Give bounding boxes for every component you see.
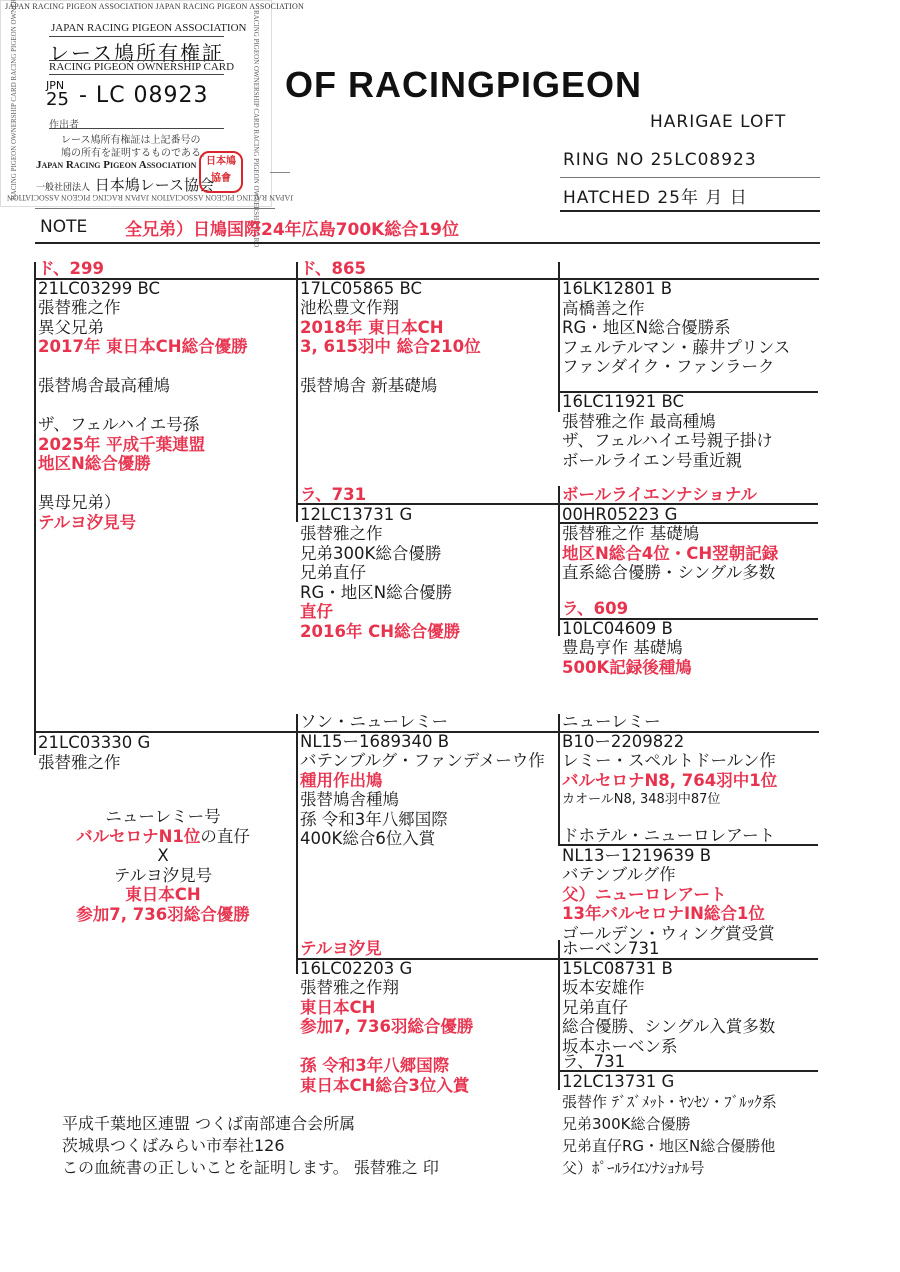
info-line: 総合優勝、シングル入賞多数	[562, 1017, 775, 1037]
footer-line3: この血統書の正しいことを証明します。 張替雅之 印	[62, 1157, 439, 1179]
pedigree-dam-dam: テルヨ汐見 16LC02203 G 張替雅之作翔東日本CH参加7, 736羽総合…	[300, 939, 473, 1095]
info-line: 孫 令和3年八郷国際	[300, 810, 545, 830]
info-line: RG・地区N総合優勝	[300, 583, 460, 603]
nickname: ド、865	[300, 259, 481, 279]
divider	[49, 74, 224, 75]
card-title-en: RACING PIGEON OWNERSHIP CARD	[49, 61, 234, 73]
info-line: 池松豊文作翔	[300, 298, 481, 318]
dam-summary: ニューレミー号 バルセロナN1位の直仔 X テルヨ汐見号 東日本CH 参加7, …	[38, 807, 288, 924]
info-line: 父）ﾎﾟｰﾙﾗｲｴﾝﾅｼｮﾅﾙ号	[562, 1157, 777, 1179]
info-lines: 張替雅之作兄弟300K総合優勝兄弟直仔RG・地区N総合優勝直仔2016年 CH総…	[300, 524, 460, 641]
info-line: テルヨ汐見号	[38, 513, 248, 533]
grid-line	[34, 262, 36, 735]
info-line: 2016年 CH総合優勝	[300, 622, 460, 642]
pedigree-sire-dam: ラ、731 12LC13731 G 張替雅之作兄弟300K総合優勝兄弟直仔RG・…	[300, 485, 460, 641]
info-line: フェルテルマン・藤井プリンス	[562, 338, 790, 358]
info-lines: 豊島亨作 基礎鳩500K記録後種鳩	[562, 638, 692, 677]
ring-id: 16LC11921 BC	[562, 392, 773, 412]
info-line: ザ、フェルハイエ号親子掛け	[562, 431, 773, 451]
card-certify-line2: 鳩の所有を証明するものである。	[61, 144, 211, 159]
hatched-date: HATCHED 25年 月 日	[563, 183, 748, 208]
info-line: 孫 令和3年八郷国際	[300, 1056, 473, 1076]
info-line: 坂本安雄作	[562, 978, 775, 998]
summary-line: テルヨ汐見号	[38, 866, 288, 886]
info-line: ボールライエン号重近親	[562, 451, 773, 471]
ring-id: 16LC02203 G	[300, 959, 473, 979]
ring-id: 17LC05865 BC	[300, 279, 481, 299]
info-lines: 高橋善之作RG・地区N総合優勝系フェルテルマン・藤井プリンスファンダイク・ファン…	[562, 299, 790, 377]
card-border-text-left: RACING PIGEON OWNERSHIP CARD RACING PIGE…	[10, 10, 18, 200]
info-lines: 池松豊文作翔2018年 東日本CH3, 615羽中 総合210位張替鳩舎 新基礎…	[300, 298, 481, 396]
card-org-prefix: 一般社団法人	[36, 183, 90, 193]
info-line: 兄弟直仔	[300, 563, 460, 583]
info-line: カオールN8, 348羽中87位	[562, 790, 777, 810]
info-line: 張替鳩舎種鳩	[300, 790, 545, 810]
info-lines: 張替雅之作 最高種鳩ザ、フェルハイエ号親子掛けボールライエン号重近親	[562, 412, 773, 471]
divider	[35, 208, 275, 209]
card-border-text-right: RACING PIGEON OWNERSHIP CARD RACING PIGE…	[252, 10, 260, 200]
info-line	[300, 1037, 473, 1057]
info-line: 地区N総合優勝	[38, 454, 248, 474]
info-line: 参加7, 736羽総合優勝	[300, 1017, 473, 1037]
info-line: 400K総合6位入賞	[300, 829, 545, 849]
info-line: 種用作出鳩	[300, 771, 545, 791]
pedigree-dam-sire-dam: ドホテル・ニューロレアート NL13ー1219639 B バテンブルグ作父）ニュ…	[562, 826, 775, 943]
pedigree-sire-sire: ド、865 17LC05865 BC 池松豊文作翔2018年 東日本CH3, 6…	[300, 259, 481, 396]
info-lines: バテンブルグ作父）ニューロレアート13年バルセロナIN総合1位ゴールデン・ウィン…	[562, 865, 775, 943]
summary-line: ニューレミー号	[38, 807, 288, 827]
ring-id: 12LC13731 G	[300, 505, 460, 525]
ring-id: NL15ー1689340 B	[300, 732, 545, 752]
summary-line: 参加7, 736羽総合優勝	[38, 905, 288, 925]
note-text: 全兄弟）日鳩国際24年広島700K総合19位	[125, 215, 459, 240]
breeder: 張替雅之作	[38, 753, 150, 773]
info-line: 張替雅之作	[300, 524, 460, 544]
grid-line	[296, 714, 298, 974]
info-line: 張替雅之作	[38, 298, 248, 318]
info-line: 2018年 東日本CH	[300, 318, 481, 338]
ring-id: 15LC08731 B	[562, 959, 775, 979]
divider	[49, 128, 224, 129]
grid-line	[296, 262, 298, 522]
ring-id: NL13ー1219639 B	[562, 846, 775, 866]
info-line: 兄弟300K総合優勝	[562, 1113, 777, 1135]
card-association-en: JAPAN RACING PIGEON ASSOCIATION	[51, 22, 246, 34]
nickname: ド、299	[38, 259, 248, 279]
pedigree-dam-sire: ソン・ニューレミー NL15ー1689340 B バテンブルグ・ファンデメーウ作…	[300, 712, 545, 849]
ring-id: B10ー2209822	[562, 732, 777, 752]
seal-stamp-icon: 日本鳩協會	[199, 151, 243, 193]
seal-text: 協會	[201, 170, 241, 187]
info-line: 父）ニューロレアート	[562, 885, 775, 905]
nickname: ドホテル・ニューロレアート	[562, 826, 775, 846]
nickname: ボールライエンナショナル	[562, 485, 778, 505]
ring-id: 10LC04609 B	[562, 619, 692, 639]
info-lines: 張替雅之作 基礎鳩地区N総合4位・CH翌朝記録直系総合優勝・シングル多数	[562, 524, 778, 583]
grid-line	[558, 714, 560, 844]
info-line: バルセロナN8, 764羽中1位	[562, 771, 777, 791]
nickname: ラ、731	[562, 1052, 777, 1072]
footer: 平成千葉地区連盟 つくば南部連合会所属 茨城県つくばみらい市奉社126 この血統…	[62, 1113, 439, 1179]
ring-id: 21LC03299 BC	[38, 279, 248, 299]
cross-mark: X	[38, 846, 288, 866]
info-line: ザ、フェルハイエ号孫	[38, 415, 248, 435]
divider	[270, 172, 290, 173]
info-lines: 張替雅之作翔東日本CH参加7, 736羽総合優勝孫 令和3年八郷国際 東日本CH…	[300, 978, 473, 1095]
grid-line	[558, 940, 560, 1090]
info-line: 異母兄弟）	[38, 493, 248, 513]
info-line: 兄弟直仔	[562, 998, 775, 1018]
note-label: NOTE	[40, 217, 87, 237]
info-line: 張替雅之作 最高種鳩	[562, 412, 773, 432]
ring-number: RING NO 25LC08923	[563, 150, 757, 170]
pedigree-dam-dam-sire: ホーベン731 15LC08731 B 坂本安雄作兄弟直仔総合優勝、シングル入賞…	[562, 939, 775, 1056]
info-line: 兄弟300K総合優勝	[300, 544, 460, 564]
ring-id: 12LC13731 G	[562, 1072, 777, 1092]
info-line: RG・地区N総合優勝系	[562, 318, 790, 338]
nickname: ソン・ニューレミー	[300, 712, 545, 732]
footer-line1: 平成千葉地区連盟 つくば南部連合会所属	[62, 1113, 439, 1135]
info-line: 13年バルセロナIN総合1位	[562, 904, 775, 924]
grid-line	[34, 735, 36, 755]
nickname: テルヨ汐見	[300, 939, 473, 959]
info-line: ファンダイク・ファンラーク	[562, 357, 790, 377]
info-lines: 坂本安雄作兄弟直仔総合優勝、シングル入賞多数坂本ホーベン系	[562, 978, 775, 1056]
nickname: ラ、609	[562, 599, 692, 619]
info-line	[38, 357, 248, 377]
footer-line2: 茨城県つくばみらい市奉社126	[62, 1135, 439, 1157]
divider	[560, 210, 820, 212]
info-line: 東日本CH総合3位入賞	[300, 1076, 473, 1096]
info-line: バテンブルグ作	[562, 865, 775, 885]
card-association-footer: Japan Racing Pigeon Association	[36, 159, 196, 171]
info-line: 張替雅之作 基礎鳩	[562, 524, 778, 544]
summary-line: 東日本CH	[38, 885, 288, 905]
info-line: 高橋善之作	[562, 299, 790, 319]
info-line: 500K記録後種鳩	[562, 658, 692, 678]
info-line	[38, 396, 248, 416]
pedigree-sire-dam-dam: ラ、609 10LC04609 B 豊島亨作 基礎鳩500K記録後種鳩	[562, 599, 692, 677]
card-org-name: 日本鳩レース協会	[95, 176, 214, 194]
info-line	[38, 474, 248, 494]
ring-id: 16LK12801 B	[562, 279, 790, 299]
nickname: ラ、731	[300, 485, 460, 505]
info-lines: 張替作 ﾃﾞｽﾞﾒｯﾄ・ﾔﾝｾﾝ・ﾌﾞﾙｯｸ系兄弟300K総合優勝兄弟直仔RG・…	[562, 1091, 777, 1179]
pedigree-dam-dam-dam: ラ、731 12LC13731 G 張替作 ﾃﾞｽﾞﾒｯﾄ・ﾔﾝｾﾝ・ﾌﾞﾙｯｸ…	[562, 1052, 777, 1179]
info-line: 直仔	[300, 602, 460, 622]
card-ring-number: - LC 08923	[79, 83, 209, 108]
page-title: OF RACINGPIGEON	[285, 64, 642, 106]
loft-name: HARIGAE LOFT	[650, 112, 786, 132]
pedigree-sire-sire-dam: 16LC11921 BC 張替雅之作 最高種鳩ザ、フェルハイエ号親子掛けボールラ…	[562, 392, 773, 470]
ring-id: 00HR05223 G	[562, 505, 778, 525]
info-line: レミー・スペルトドールン作	[562, 751, 777, 771]
pedigree-sire: ド、299 21LC03299 BC 張替雅之作異父兄弟2017年 東日本CH総…	[38, 259, 248, 532]
card-year: 25	[46, 89, 69, 110]
pedigree-dam-sire-sire: ニューレミー B10ー2209822 レミー・スペルトドールン作バルセロナN8,…	[562, 712, 777, 810]
info-line: 2025年 平成千葉連盟	[38, 435, 248, 455]
info-line: 東日本CH	[300, 998, 473, 1018]
info-line	[300, 357, 481, 377]
ownership-card: JAPAN RACING PIGEON ASSOCIATION JAPAN RA…	[0, 0, 272, 207]
pedigree-dam: 21LC03330 G 張替雅之作	[38, 733, 150, 772]
info-line: バテンブルグ・ファンデメーウ作	[300, 751, 545, 771]
info-lines: 張替雅之作異父兄弟2017年 東日本CH総合優勝張替鳩舎最高種鳩ザ、フェルハイエ…	[38, 298, 248, 532]
grid-line	[558, 486, 560, 636]
info-line: 直系総合優勝・シングル多数	[562, 563, 778, 583]
info-lines: レミー・スペルトドールン作バルセロナN8, 764羽中1位カオールN8, 348…	[562, 751, 777, 810]
info-line: 張替雅之作翔	[300, 978, 473, 998]
info-line: 2017年 東日本CH総合優勝	[38, 337, 248, 357]
pedigree-sire-sire-sire: 16LK12801 B 高橋善之作RG・地区N総合優勝系フェルテルマン・藤井プリ…	[562, 279, 790, 377]
seal-text: 日本鳩	[201, 153, 241, 170]
info-lines: バテンブルグ・ファンデメーウ作種用作出鳩張替鳩舎種鳩孫 令和3年八郷国際 400…	[300, 751, 545, 849]
card-org: 一般社団法人 日本鳩レース協会	[36, 174, 214, 195]
summary-line: バルセロナN1位の直仔	[38, 827, 288, 847]
ring-id: 21LC03330 G	[38, 733, 150, 753]
info-line: 張替鳩舎最高種鳩	[38, 376, 248, 396]
divider	[35, 242, 820, 244]
pedigree-sire-dam-sire: ボールライエンナショナル 00HR05223 G 張替雅之作 基礎鳩地区N総合4…	[562, 485, 778, 583]
info-line: 異父兄弟	[38, 318, 248, 338]
info-line: 豊島亨作 基礎鳩	[562, 638, 692, 658]
nickname: ホーベン731	[562, 939, 775, 959]
info-line: 兄弟直仔RG・地区N総合優勝他	[562, 1135, 777, 1157]
nickname: ニューレミー	[562, 712, 777, 732]
info-line: 3, 615羽中 総合210位	[300, 337, 481, 357]
info-line: 地区N総合4位・CH翌朝記録	[562, 544, 778, 564]
divider	[560, 177, 820, 178]
info-line: 張替作 ﾃﾞｽﾞﾒｯﾄ・ﾔﾝｾﾝ・ﾌﾞﾙｯｸ系	[562, 1091, 777, 1113]
info-line: 張替鳩舎 新基礎鳩	[300, 376, 481, 396]
grid-line	[558, 262, 560, 412]
